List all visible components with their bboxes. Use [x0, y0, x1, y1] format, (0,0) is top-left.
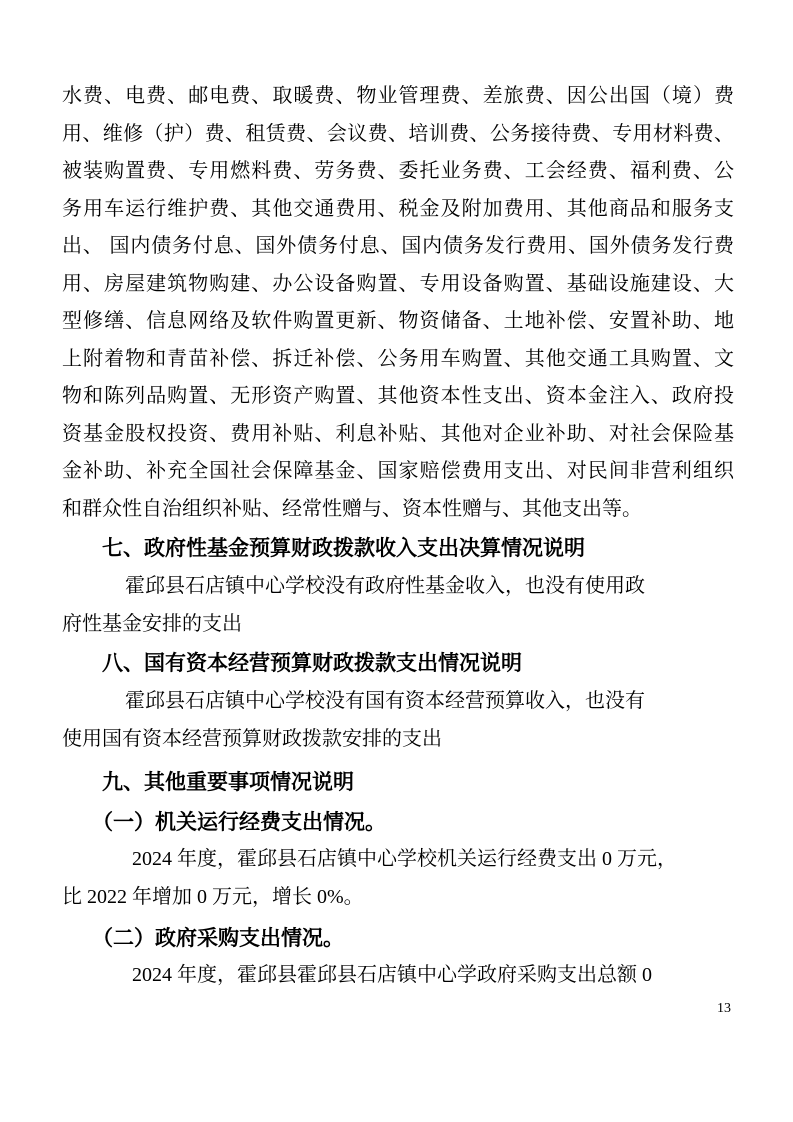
text-line: 资基金股权投资、费用补贴、利息补贴、其他对企业补助、对社会保险基: [62, 416, 734, 454]
page-body: 水费、电费、邮电费、取暖费、物业管理费、差旅费、因公出国（境）费 用、维修（护）…: [62, 78, 734, 995]
section-8-heading: 八、国有资本经营预算财政拨款支出情况说明: [62, 645, 734, 683]
text-line: 用、维修（护）费、租赁费、会议费、培训费、公务接待费、专用材料费、: [62, 116, 734, 154]
section-8-paragraph: 霍邱县石店镇中心学校没有国有资本经营预算收入，也没有 使用国有资本经营预算财政拨…: [62, 683, 734, 758]
section-9-sub-1-paragraph: 2024 年度，霍邱县石店镇中心学校机关运行经费支出 0 万元， 比 2022 …: [62, 841, 734, 916]
text-line: 府性基金安排的支出: [62, 606, 734, 644]
text-line: 物和陈列品购置、无形资产购置、其他资本性支出、资本金注入、政府投: [62, 378, 734, 416]
text-line: 用、房屋建筑物购建、办公设备购置、专用设备购置、基础设施建设、大: [62, 266, 734, 304]
text-line: 金补助、补充全国社会保障基金、国家赔偿费用支出、对民间非营利组织: [62, 453, 734, 491]
section-7-heading: 七、政府性基金预算财政拨款收入支出决算情况说明: [62, 530, 734, 568]
section-9-sub-1-heading: （一）机关运行经费支出情况。: [62, 803, 734, 841]
section-9-heading: 九、其他重要事项情况说明: [62, 764, 734, 802]
section-9-sub-2-paragraph: 2024 年度，霍邱县霍邱县石店镇中心学政府采购支出总额 0: [62, 957, 734, 995]
page-number: 13: [717, 1000, 731, 1018]
paragraph-expense-items: 水费、电费、邮电费、取暖费、物业管理费、差旅费、因公出国（境）费 用、维修（护）…: [62, 78, 734, 528]
section-9-sub-2-heading: （二）政府采购支出情况。: [62, 919, 734, 957]
section-7-paragraph: 霍邱县石店镇中心学校没有政府性基金收入，也没有使用政 府性基金安排的支出: [62, 568, 734, 643]
text-line: 比 2022 年增加 0 万元，增长 0%。: [62, 879, 734, 917]
text-line: 2024 年度，霍邱县石店镇中心学校机关运行经费支出 0 万元，: [62, 841, 734, 879]
text-line: 和群众性自治组织补贴、经常性赠与、资本性赠与、其他支出等。: [62, 491, 734, 529]
text-line: 上附着物和青苗补偿、拆迁补偿、公务用车购置、其他交通工具购置、文: [62, 341, 734, 379]
text-line: 使用国有资本经营预算财政拨款安排的支出: [62, 721, 734, 759]
text-line: 务用车运行维护费、其他交通费用、税金及附加费用、其他商品和服务支: [62, 191, 734, 229]
text-line: 型修缮、信息网络及软件购置更新、物资储备、土地补偿、安置补助、地: [62, 303, 734, 341]
text-line: 出、 国内债务付息、国外债务付息、国内债务发行费用、国外债务发行费: [62, 228, 734, 266]
text-line: 霍邱县石店镇中心学校没有政府性基金收入，也没有使用政: [62, 568, 734, 606]
text-line: 霍邱县石店镇中心学校没有国有资本经营预算收入，也没有: [62, 683, 734, 721]
text-line: 水费、电费、邮电费、取暖费、物业管理费、差旅费、因公出国（境）费: [62, 78, 734, 116]
text-line: 2024 年度，霍邱县霍邱县石店镇中心学政府采购支出总额 0: [62, 957, 734, 995]
document-page: 水费、电费、邮电费、取暖费、物业管理费、差旅费、因公出国（境）费 用、维修（护）…: [0, 0, 793, 1122]
text-line: 被装购置费、专用燃料费、劳务费、委托业务费、工会经费、福利费、公: [62, 153, 734, 191]
